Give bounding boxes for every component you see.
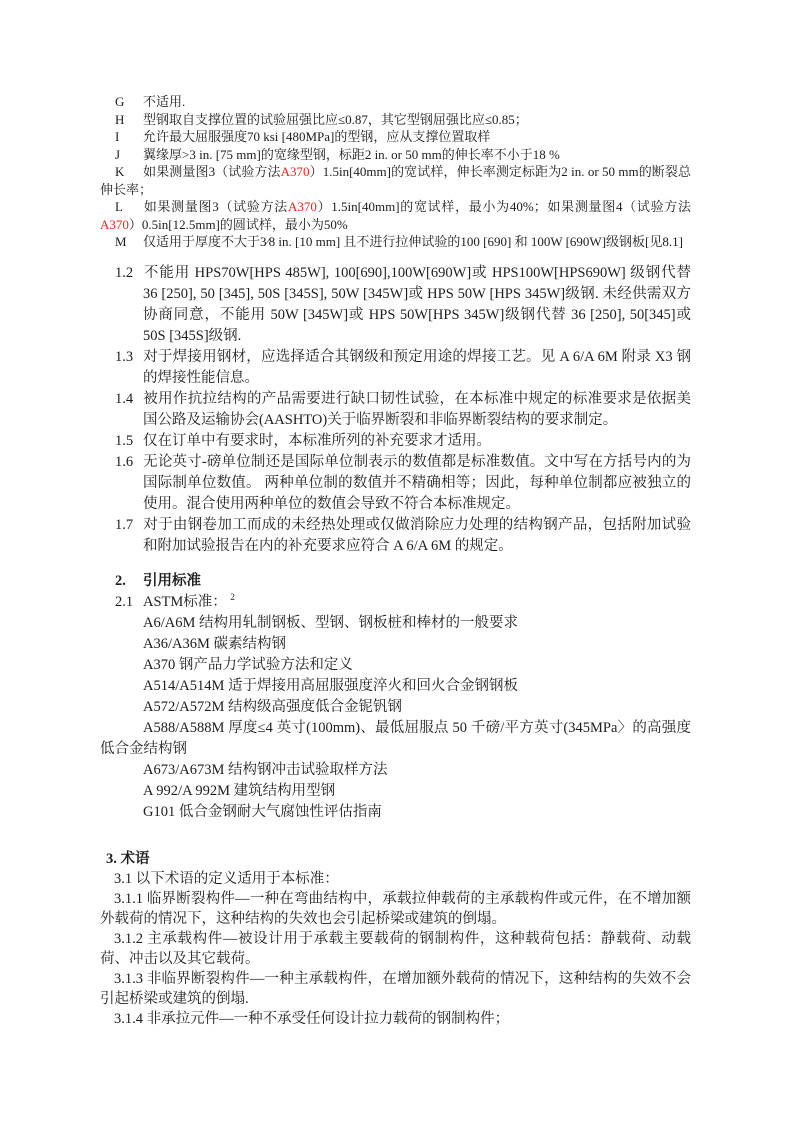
- reference-item: A588/A588M 厚度≤4 英寸(100mm)、最低屈服点 50 千磅/平方…: [100, 718, 691, 760]
- footnote-label: K: [115, 163, 143, 181]
- footnote-label: I: [115, 128, 143, 146]
- reference-item: A370 钢产品力学试验方法和定义: [100, 655, 691, 676]
- footnote-text: 翼缘厚>3 in. [75 mm]的宽缘型钢，标距2 in. or 50 mm的…: [143, 147, 560, 162]
- term-number: 3.1.3: [114, 971, 143, 987]
- section2-sub-number: 2.1: [115, 592, 143, 613]
- term-text: 以下术语的定义适用于本标准：: [136, 871, 339, 887]
- section2-sub-heading: 2.1ASTM标准： 2: [100, 592, 691, 613]
- scope-section: 1.2不能用 HPS70W[HPS 485W], 100[690],100W[6…: [100, 263, 691, 557]
- term-text: 非临界断裂构件—一种主承载构件，在增加额外载荷的情况下，这种结构的失效不会引起桥…: [100, 971, 691, 1007]
- footnote-line-H: H型钢取自支撑位置的试验屈强比应≤0.87，其它型钢屈强比应≤0.85；: [100, 111, 691, 129]
- footnote-label: G: [115, 93, 143, 111]
- section3-heading: 3. 术语: [100, 849, 691, 869]
- clause-text: 仅在订单中有要求时，本标准所列的补充要求才适用。: [143, 433, 491, 449]
- reference-item: A572/A572M 结构级高强度低合金铌钒钢: [100, 697, 691, 718]
- term-text: 非承拉元件—一种不承受任何设计拉力载荷的钢制构件；: [147, 1011, 510, 1027]
- footnote-line-K: K如果测量图3（试验方法A370）1.5in[40mm]的宽试样，伸长率测定标距…: [100, 163, 691, 198]
- clause-1.5: 1.5仅在订单中有要求时，本标准所列的补充要求才适用。: [100, 431, 691, 452]
- section3-number: 3.: [106, 851, 117, 867]
- footnote-label: M: [115, 233, 143, 251]
- section2-number: 2.: [115, 571, 143, 592]
- term-3.1.3: 3.1.3 非临界断裂构件—一种主承载构件，在增加额外载荷的情况下，这种结构的失…: [100, 969, 691, 1009]
- footnote-text: ）1.5in[40mm]的宽试样，最小为40%；如果测量图4（试验方法: [317, 199, 691, 214]
- term-text: 临界断裂构件—一种在弯曲结构中，承载拉伸载荷的主承载构件或元件，在不增加额外载荷…: [100, 891, 691, 927]
- footnote-label: J: [115, 146, 143, 164]
- term-number: 3.1: [114, 871, 132, 887]
- astm-standard-link-red: A370: [288, 199, 317, 214]
- clause-text: 对于由钢卷加工而成的未经热处理或仅做消除应力处理的结构钢产品，包括附加试验和附加…: [143, 517, 691, 554]
- clause-number: 1.6: [115, 452, 143, 473]
- clause-1.4: 1.4被用作抗拉结构的产品需要进行缺口韧性试验，在本标准中规定的标准要求是依据美…: [100, 389, 691, 431]
- footnote-line-I: I允许最大屈服强度70 ksi [480MPa]的型钢，应从支撑位置取样: [100, 128, 691, 146]
- section3-title: 术语: [121, 851, 150, 867]
- term-3.1.4: 3.1.4 非承拉元件—一种不承受任何设计拉力载荷的钢制构件；: [100, 1009, 691, 1029]
- footnote-line-M: M仅适用于厚度不大于3⁄8 in. [10 mm] 且不进行拉伸试验的100 […: [100, 233, 691, 251]
- clause-1.3: 1.3对于焊接用钢材，应选择适合其钢级和预定用途的焊接工艺。见 A 6/A 6M…: [100, 347, 691, 389]
- footnote-line-G: G不适用.: [100, 93, 691, 111]
- footnote-text: 不适用.: [143, 94, 185, 109]
- astm-standard-link-red: A370: [281, 164, 310, 179]
- clause-text: 无论英寸-磅单位制还是国际单位制表示的数值都是标准数值。文中写在方括号内的为国际…: [143, 454, 691, 512]
- clause-number: 1.5: [115, 431, 143, 452]
- clause-number: 1.2: [115, 263, 143, 284]
- footnote-superscript: 2: [230, 592, 235, 602]
- reference-item: A6/A6M 结构用轧制钢板、型钢、钢板桩和棒材的一般要求: [100, 613, 691, 634]
- term-3.1.2: 3.1.2 主承载构件—被设计用于承载主要载荷的钢制构件，这种载荷包括：静载荷、…: [100, 929, 691, 969]
- footnote-text: ）0.5in[12.5mm]的圆试样，最小为50%: [129, 217, 348, 232]
- reference-item: A 992/A 992M 建筑结构用型钢: [100, 781, 691, 802]
- footnote-label: L: [115, 198, 143, 216]
- term-number: 3.1.4: [114, 1011, 143, 1027]
- clause-number: 1.4: [115, 389, 143, 410]
- section2-heading: 2.引用标准: [100, 571, 691, 592]
- term-number: 3.1.1: [114, 891, 143, 907]
- section2-title: 引用标准: [143, 573, 201, 589]
- astm-standard-link-red: A370: [100, 217, 129, 232]
- clause-1.6: 1.6无论英寸-磅单位制还是国际单位制表示的数值都是标准数值。文中写在方括号内的…: [100, 452, 691, 515]
- terms-list: 3.1 以下术语的定义适用于本标准：3.1.1 临界断裂构件—一种在弯曲结构中，…: [100, 869, 691, 1029]
- reference-item: G101 低合金钢耐大气腐蚀性评估指南: [100, 802, 691, 823]
- footnote-line-J: J翼缘厚>3 in. [75 mm]的宽缘型钢，标距2 in. or 50 mm…: [100, 146, 691, 164]
- footnote-text: 型钢取自支撑位置的试验屈强比应≤0.87，其它型钢屈强比应≤0.85；: [143, 112, 528, 127]
- footnote-line-L: L如果测量图3（试验方法A370）1.5in[40mm]的宽试样，最小为40%；…: [100, 198, 691, 233]
- footnote-label: H: [115, 111, 143, 129]
- referenced-documents-section: 2.引用标准 2.1ASTM标准： 2 A6/A6M 结构用轧制钢板、型钢、钢板…: [100, 571, 691, 823]
- footnote-text: 允许最大屈服强度70 ksi [480MPa]的型钢，应从支撑位置取样: [143, 129, 490, 144]
- reference-item: A673/A673M 结构钢冲击试验取样方法: [100, 760, 691, 781]
- clause-text: 被用作抗拉结构的产品需要进行缺口韧性试验，在本标准中规定的标准要求是依据美国公路…: [143, 391, 691, 428]
- clause-1.7: 1.7对于由钢卷加工而成的未经热处理或仅做消除应力处理的结构钢产品，包括附加试验…: [100, 515, 691, 557]
- term-3.1.1: 3.1.1 临界断裂构件—一种在弯曲结构中，承载拉伸载荷的主承载构件或元件，在不…: [100, 889, 691, 929]
- clause-text: 不能用 HPS70W[HPS 485W], 100[690],100W[690W…: [143, 265, 691, 344]
- clause-number: 1.3: [115, 347, 143, 368]
- clause-text: 对于焊接用钢材，应选择适合其钢级和预定用途的焊接工艺。见 A 6/A 6M 附录…: [143, 349, 691, 386]
- terminology-section: 3. 术语 3.1 以下术语的定义适用于本标准：3.1.1 临界断裂构件—一种在…: [100, 849, 691, 1029]
- footnote-text: 如果测量图3（试验方法: [143, 199, 288, 214]
- section2-sub-title: ASTM标准：: [143, 594, 227, 610]
- document-page: G不适用.H型钢取自支撑位置的试验屈强比应≤0.87，其它型钢屈强比应≤0.85…: [0, 0, 793, 1122]
- clause-1.2: 1.2不能用 HPS70W[HPS 485W], 100[690],100W[6…: [100, 263, 691, 347]
- astm-references-list: A6/A6M 结构用轧制钢板、型钢、钢板桩和棒材的一般要求A36/A36M 碳素…: [100, 613, 691, 823]
- table-footnotes-block: G不适用.H型钢取自支撑位置的试验屈强比应≤0.87，其它型钢屈强比应≤0.85…: [100, 93, 691, 251]
- reference-item: A36/A36M 碳素结构钢: [100, 634, 691, 655]
- term-3.1: 3.1 以下术语的定义适用于本标准：: [100, 869, 691, 889]
- footnote-text: 仅适用于厚度不大于3⁄8 in. [10 mm] 且不进行拉伸试验的100 [6…: [143, 234, 683, 249]
- footnote-text: 如果测量图3（试验方法: [143, 164, 281, 179]
- reference-item: A514/A514M 适于焊接用高屈服强度淬火和回火合金钢钢板: [100, 676, 691, 697]
- clause-number: 1.7: [115, 515, 143, 536]
- term-text: 主承载构件—被设计用于承载主要载荷的钢制构件，这种载荷包括：静载荷、动载荷、冲击…: [100, 931, 691, 967]
- term-number: 3.1.2: [114, 931, 143, 947]
